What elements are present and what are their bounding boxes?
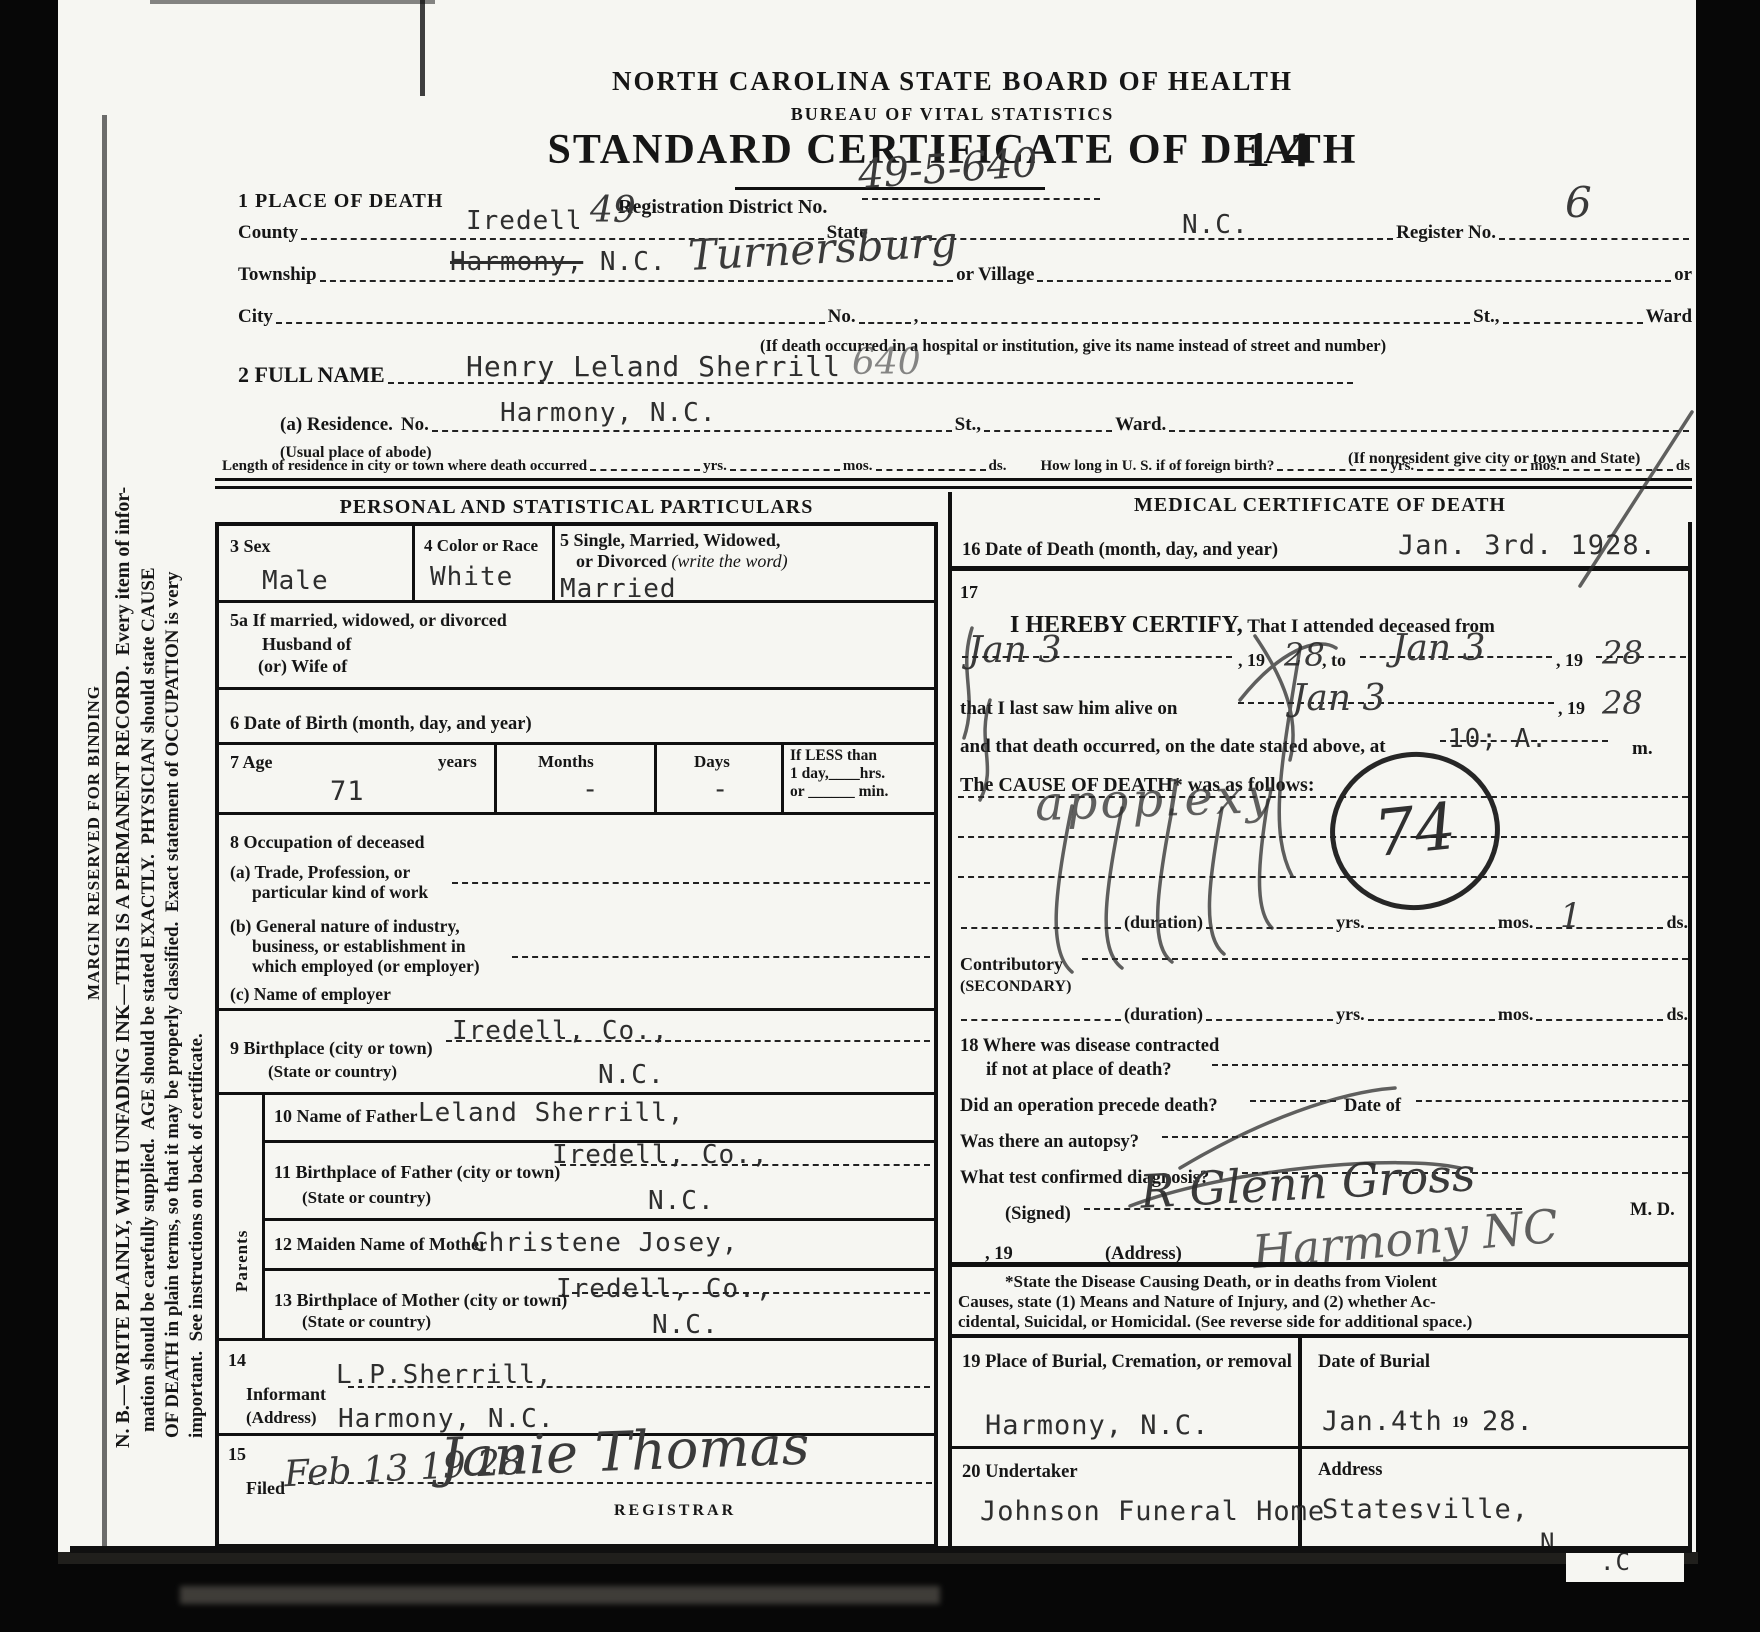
death-certificate-scan: MARGIN RESERVED FOR BINDING N. B.—WRITE … xyxy=(0,0,1760,1632)
pen-strokes xyxy=(0,0,1760,1632)
